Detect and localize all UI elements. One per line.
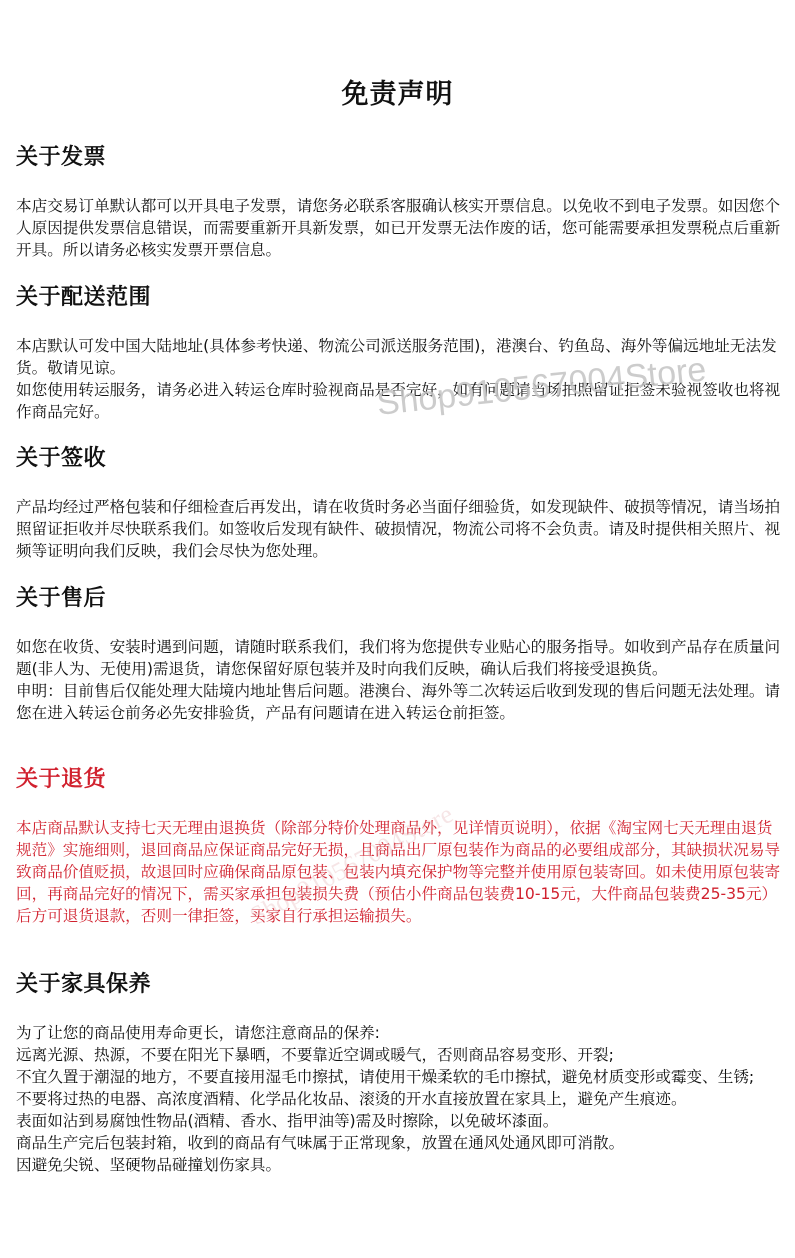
section-body: 为了让您的商品使用寿命更长，请您注意商品的保养: 远离光源、热源，不要在阳光下暴… <box>16 1022 781 1176</box>
paragraph: 商品生产完后包装封箱，收到的商品有气味属于正常现象，放置在通风处通风即可消散。 <box>16 1132 781 1154</box>
paragraph: 本店交易订单默认都可以开具电子发票，请您务必联系客服确认核实开票信息。以免收不到… <box>16 195 781 261</box>
paragraph: 表面如沾到易腐蚀性物品(酒精、香水、指甲油等)需及时擦除，以免破坏漆面。 <box>16 1110 781 1132</box>
paragraph: 不宜久置于潮湿的地方，不要直接用湿毛巾擦拭，请使用干燥柔软的毛巾擦拭，避免材质变… <box>16 1066 781 1088</box>
section-heading: 关于配送范围 <box>16 283 781 313</box>
page-title: 免责声明 <box>0 72 795 111</box>
section-after-sales: 关于售后 如您在收货、安装时遇到问题，请随时联系我们，我们将为您提供专业贴心的服… <box>16 584 781 724</box>
paragraph: 不要将过热的电器、高浓度酒精、化学品化妆品、滚烫的开水直接放置在家具上，避免产生… <box>16 1088 781 1110</box>
paragraph: 远离光源、热源，不要在阳光下暴晒，不要靠近空调或暖气，否则商品容易变形、开裂; <box>16 1044 781 1066</box>
section-body: 产品均经过严格包装和仔细检查后再发出，请在收货时务必当面仔细验货，如发现缺件、破… <box>16 496 781 562</box>
paragraph: 申明：目前售后仅能处理大陆境内地址售后问题。港澳台、海外等二次转运后收到发现的售… <box>16 680 781 724</box>
paragraph: 如您在收货、安装时遇到问题，请随时联系我们，我们将为您提供专业贴心的服务指导。如… <box>16 636 781 680</box>
section-body: 本店交易订单默认都可以开具电子发票，请您务必联系客服确认核实开票信息。以免收不到… <box>16 195 781 261</box>
section-signing: 关于签收 产品均经过严格包装和仔细检查后再发出，请在收货时务必当面仔细验货，如发… <box>16 444 781 562</box>
section-heading: 关于售后 <box>16 584 781 614</box>
section-heading: 关于退货 <box>16 765 781 795</box>
section-invoice: 关于发票 本店交易订单默认都可以开具电子发票，请您务必联系客服确认核实开票信息。… <box>16 143 781 261</box>
section-heading: 关于家具保养 <box>16 970 781 1000</box>
paragraph: 因避免尖锐、坚硬物品碰撞划伤家具。 <box>16 1154 781 1176</box>
section-heading: 关于发票 <box>16 143 781 173</box>
paragraph: 为了让您的商品使用寿命更长，请您注意商品的保养: <box>16 1022 781 1044</box>
section-furniture-care: 关于家具保养 为了让您的商品使用寿命更长，请您注意商品的保养: 远离光源、热源，… <box>16 970 781 1176</box>
section-body: 如您在收货、安装时遇到问题，请随时联系我们，我们将为您提供专业贴心的服务指导。如… <box>16 636 781 724</box>
section-heading: 关于签收 <box>16 444 781 474</box>
paragraph: 产品均经过严格包装和仔细检查后再发出，请在收货时务必当面仔细验货，如发现缺件、破… <box>16 496 781 562</box>
